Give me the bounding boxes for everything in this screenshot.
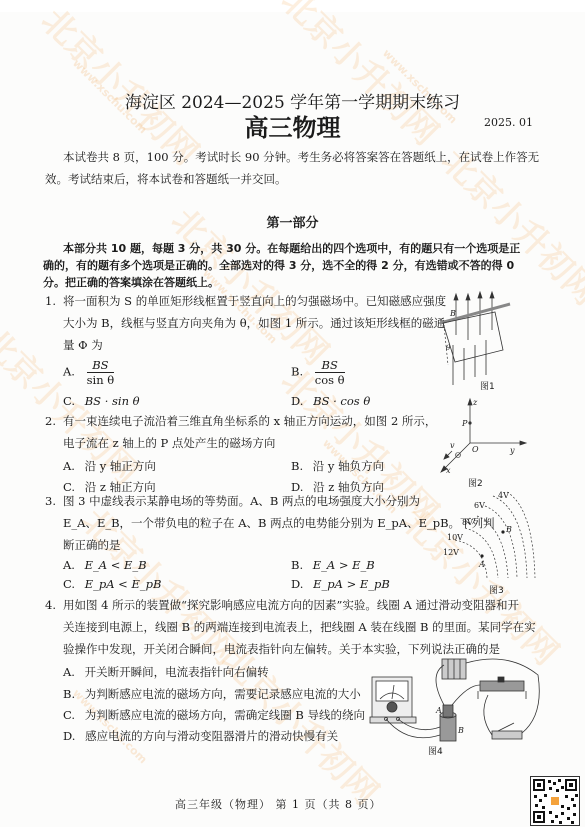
option-text: E_pA < E_pB: [85, 577, 162, 591]
denominator: cos θ: [315, 373, 345, 387]
question-4-number: 4.: [45, 594, 56, 616]
figure-4-caption: 图4: [428, 744, 443, 757]
question-3-line-3: 断正确的是: [63, 534, 121, 556]
question-3-option-a[interactable]: A. E_A < E_B: [63, 558, 147, 572]
figure-3: 4V 6V 8V 10V 12V A B: [435, 488, 555, 588]
svg-text:10V: 10V: [447, 533, 463, 542]
figure-4: A B: [368, 655, 568, 755]
question-3-option-d[interactable]: D. E_pA > E_pB: [291, 577, 390, 591]
question-4-line-1: 用如图 4 所示的装置做“探究影响感应电流方向的因素”实验。线圈 A 通过滑动变…: [63, 594, 519, 616]
option-label: B.: [63, 687, 75, 701]
option-text: 为判断感应电流的磁场方向，需要记录感应电流的大小: [85, 687, 361, 701]
question-3-line-1: 图 3 中虚线表示某静电场的等势面。A、B 两点的电场强度大小分别为: [63, 490, 420, 512]
svg-text:B: B: [457, 726, 464, 735]
option-label: C.: [63, 708, 75, 722]
question-1-line-3: 量 Φ 为: [63, 334, 103, 356]
part-title: 第一部分: [0, 212, 585, 231]
qr-code-icon: [531, 777, 579, 825]
option-text: 感应电流的方向与滑动变阻器滑片的滑动快慢有关: [85, 729, 338, 743]
question-1-line-2: 大小为 B，线框与竖直方向夹角为 θ，如图 1 所示。通过该矩形线框的磁通: [63, 312, 445, 334]
option-label: B.: [291, 365, 303, 379]
magnetic-field-diagram: B θ: [440, 290, 530, 390]
svg-text:A: A: [435, 706, 442, 715]
figure-1-caption: 图1: [480, 379, 495, 392]
svg-text:v: v: [450, 441, 455, 450]
question-3-option-b[interactable]: B. E_A > E_B: [291, 558, 375, 572]
svg-text:P: P: [461, 419, 468, 428]
question-2-option-a[interactable]: A. 沿 y 轴正方向: [63, 458, 156, 474]
part-intro-line-3: 分。把正确的答案填涂在答题纸上。: [43, 274, 219, 290]
top-margin: [0, 0, 585, 12]
question-1-option-d[interactable]: D. BS · cos θ: [291, 394, 370, 408]
question-1-option-c[interactable]: C. BS · sin θ: [63, 394, 140, 408]
question-4-option-c[interactable]: C. 为判断感应电流的磁场方向，需确定线圈 B 导线的绕向: [63, 707, 365, 723]
option-text: 沿 y 轴负方向: [313, 459, 384, 473]
equipotential-diagram: 4V 6V 8V 10V 12V A B: [435, 488, 555, 588]
question-4-option-b[interactable]: B. 为判断感应电流的磁场方向，需要记录感应电流的大小: [63, 686, 361, 702]
part-intro-line-1: 本部分共 10 题，每题 3 分，共 30 分。在每题给出的四个选项中，有的题只…: [63, 240, 520, 256]
question-4-option-d[interactable]: D. 感应电流的方向与滑动变阻器滑片的滑动快慢有关: [63, 728, 338, 744]
option-text: 开关断开瞬间，电流表指针向右偏转: [85, 665, 269, 679]
question-1-line-1: 将一面积为 S 的单匝矩形线框置于竖直向上的匀强磁场中。已知磁感应强度: [63, 290, 446, 312]
option-text: E_A > E_B: [313, 558, 375, 572]
induction-apparatus-diagram: A B: [368, 655, 568, 755]
option-label: D.: [63, 729, 75, 743]
question-1-option-b[interactable]: B. BS cos θ: [291, 358, 345, 387]
option-label: A.: [63, 665, 75, 679]
option-label: D.: [291, 394, 303, 408]
question-3-option-c[interactable]: C. E_pA < E_pB: [63, 577, 161, 591]
option-text: BS · sin θ: [85, 394, 140, 408]
fraction: BS sin θ: [87, 358, 115, 387]
part-intro-line-2: 确的，有的题有多个选项是正确的。全部选对的得 3 分，选不全的得 2 分，有选错…: [43, 257, 514, 273]
option-label: A.: [63, 365, 75, 379]
option-label: B.: [291, 558, 303, 572]
question-2-line-1: 有一束连续电子流沿着三维直角坐标系的 x 轴正方向运动，如图 2 所示，: [63, 410, 436, 432]
option-label: D.: [291, 577, 303, 591]
svg-text:A: A: [478, 560, 485, 569]
svg-text:6V: 6V: [474, 501, 485, 510]
page-footer: 高三年级（物理） 第 1 页（共 8 页）: [175, 796, 381, 812]
svg-text:B: B: [449, 309, 456, 318]
svg-text:θ: θ: [446, 344, 451, 352]
figure-2: z P O y v x: [430, 395, 550, 475]
question-1-number: 1.: [45, 290, 56, 312]
question-4-line-2: 关连接到电源上，线圈 B 的两端连接到电流表上，把线圈 A 装在线圈 B 的里面…: [63, 616, 536, 638]
question-1-option-a[interactable]: A. BS sin θ: [63, 358, 114, 387]
instructions-line-2: 效。考试结束后，将本试卷和答题纸一并交回。: [45, 168, 287, 190]
option-text: E_A < E_B: [85, 558, 147, 572]
option-label: A.: [63, 558, 75, 572]
option-label: B.: [291, 459, 303, 473]
coordinate-axes-diagram: z P O y v x: [430, 395, 550, 475]
svg-text:x: x: [446, 466, 451, 475]
question-4-option-a[interactable]: A. 开关断开瞬间，电流表指针向右偏转: [63, 664, 269, 680]
option-label: C.: [63, 577, 75, 591]
instructions-line-1: 本试卷共 8 页，100 分。考试时长 90 分钟。考生务必将答案答在答题纸上，…: [63, 146, 539, 168]
svg-text:z: z: [472, 398, 478, 407]
question-2-line-2: 电子流在 z 轴上的 P 点处产生的磁场方向: [63, 432, 275, 454]
svg-text:8V: 8V: [462, 518, 473, 527]
option-text: E_pA > E_pB: [313, 577, 390, 591]
question-3-number: 3.: [45, 490, 56, 512]
option-text: 沿 y 轴正方向: [85, 459, 156, 473]
svg-text:B: B: [505, 525, 512, 534]
svg-text:y: y: [509, 446, 515, 455]
option-label: C.: [63, 394, 75, 408]
option-label: A.: [63, 459, 75, 473]
svg-text:4V: 4V: [498, 491, 509, 500]
question-2-option-b[interactable]: B. 沿 y 轴负方向: [291, 458, 384, 474]
figure-1: B θ: [440, 290, 530, 390]
option-text: BS · cos θ: [313, 394, 370, 408]
question-3-line-2: E_A、E_B，一个带负电的粒子在 A、B 两点的电势能分别为 E_pA、E_p…: [63, 512, 495, 534]
exam-date: 2025. 01: [484, 116, 533, 129]
numerator: BS: [87, 358, 115, 373]
svg-text:O: O: [472, 445, 479, 454]
qr-code: [530, 776, 580, 826]
denominator: sin θ: [87, 373, 115, 387]
option-text: 为判断感应电流的磁场方向，需确定线圈 B 导线的绕向: [85, 708, 365, 722]
svg-text:12V: 12V: [443, 548, 459, 557]
numerator: BS: [315, 358, 345, 373]
fraction: BS cos θ: [315, 358, 345, 387]
question-2-number: 2.: [45, 410, 56, 432]
watermark: 北京小升初网: [213, 635, 392, 814]
